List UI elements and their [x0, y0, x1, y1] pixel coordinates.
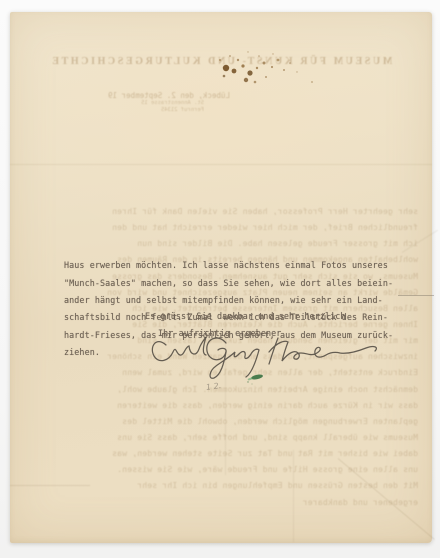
- signature: [148, 330, 388, 386]
- scan-background: { "document": { "kind": "typewritten-let…: [0, 0, 440, 558]
- ink-stain: [160, 30, 320, 105]
- bleed-address-2: Fernruf 21345: [40, 107, 230, 114]
- green-ink-mark: [242, 372, 268, 386]
- letter-body-line: Haus erwerben möchten. Ich lasse nächste…: [64, 257, 404, 274]
- closing-salutation: Es grüsst Sie dankbar und sehr herzlich: [145, 308, 346, 325]
- crease-vertical-lower: [293, 450, 294, 542]
- crease-bottom-left: [10, 485, 90, 486]
- letter-body-line: ander hängt und selbst mitempfinden könn…: [64, 292, 404, 309]
- letter-body-line: "Munch-Saales" machen, so dass Sie sehen…: [64, 275, 404, 292]
- letter-paper: MUSEUM FÜR KUNST- UND KULTURGESCHICHTE L…: [10, 12, 432, 543]
- fold-line-horizontal: [10, 164, 432, 165]
